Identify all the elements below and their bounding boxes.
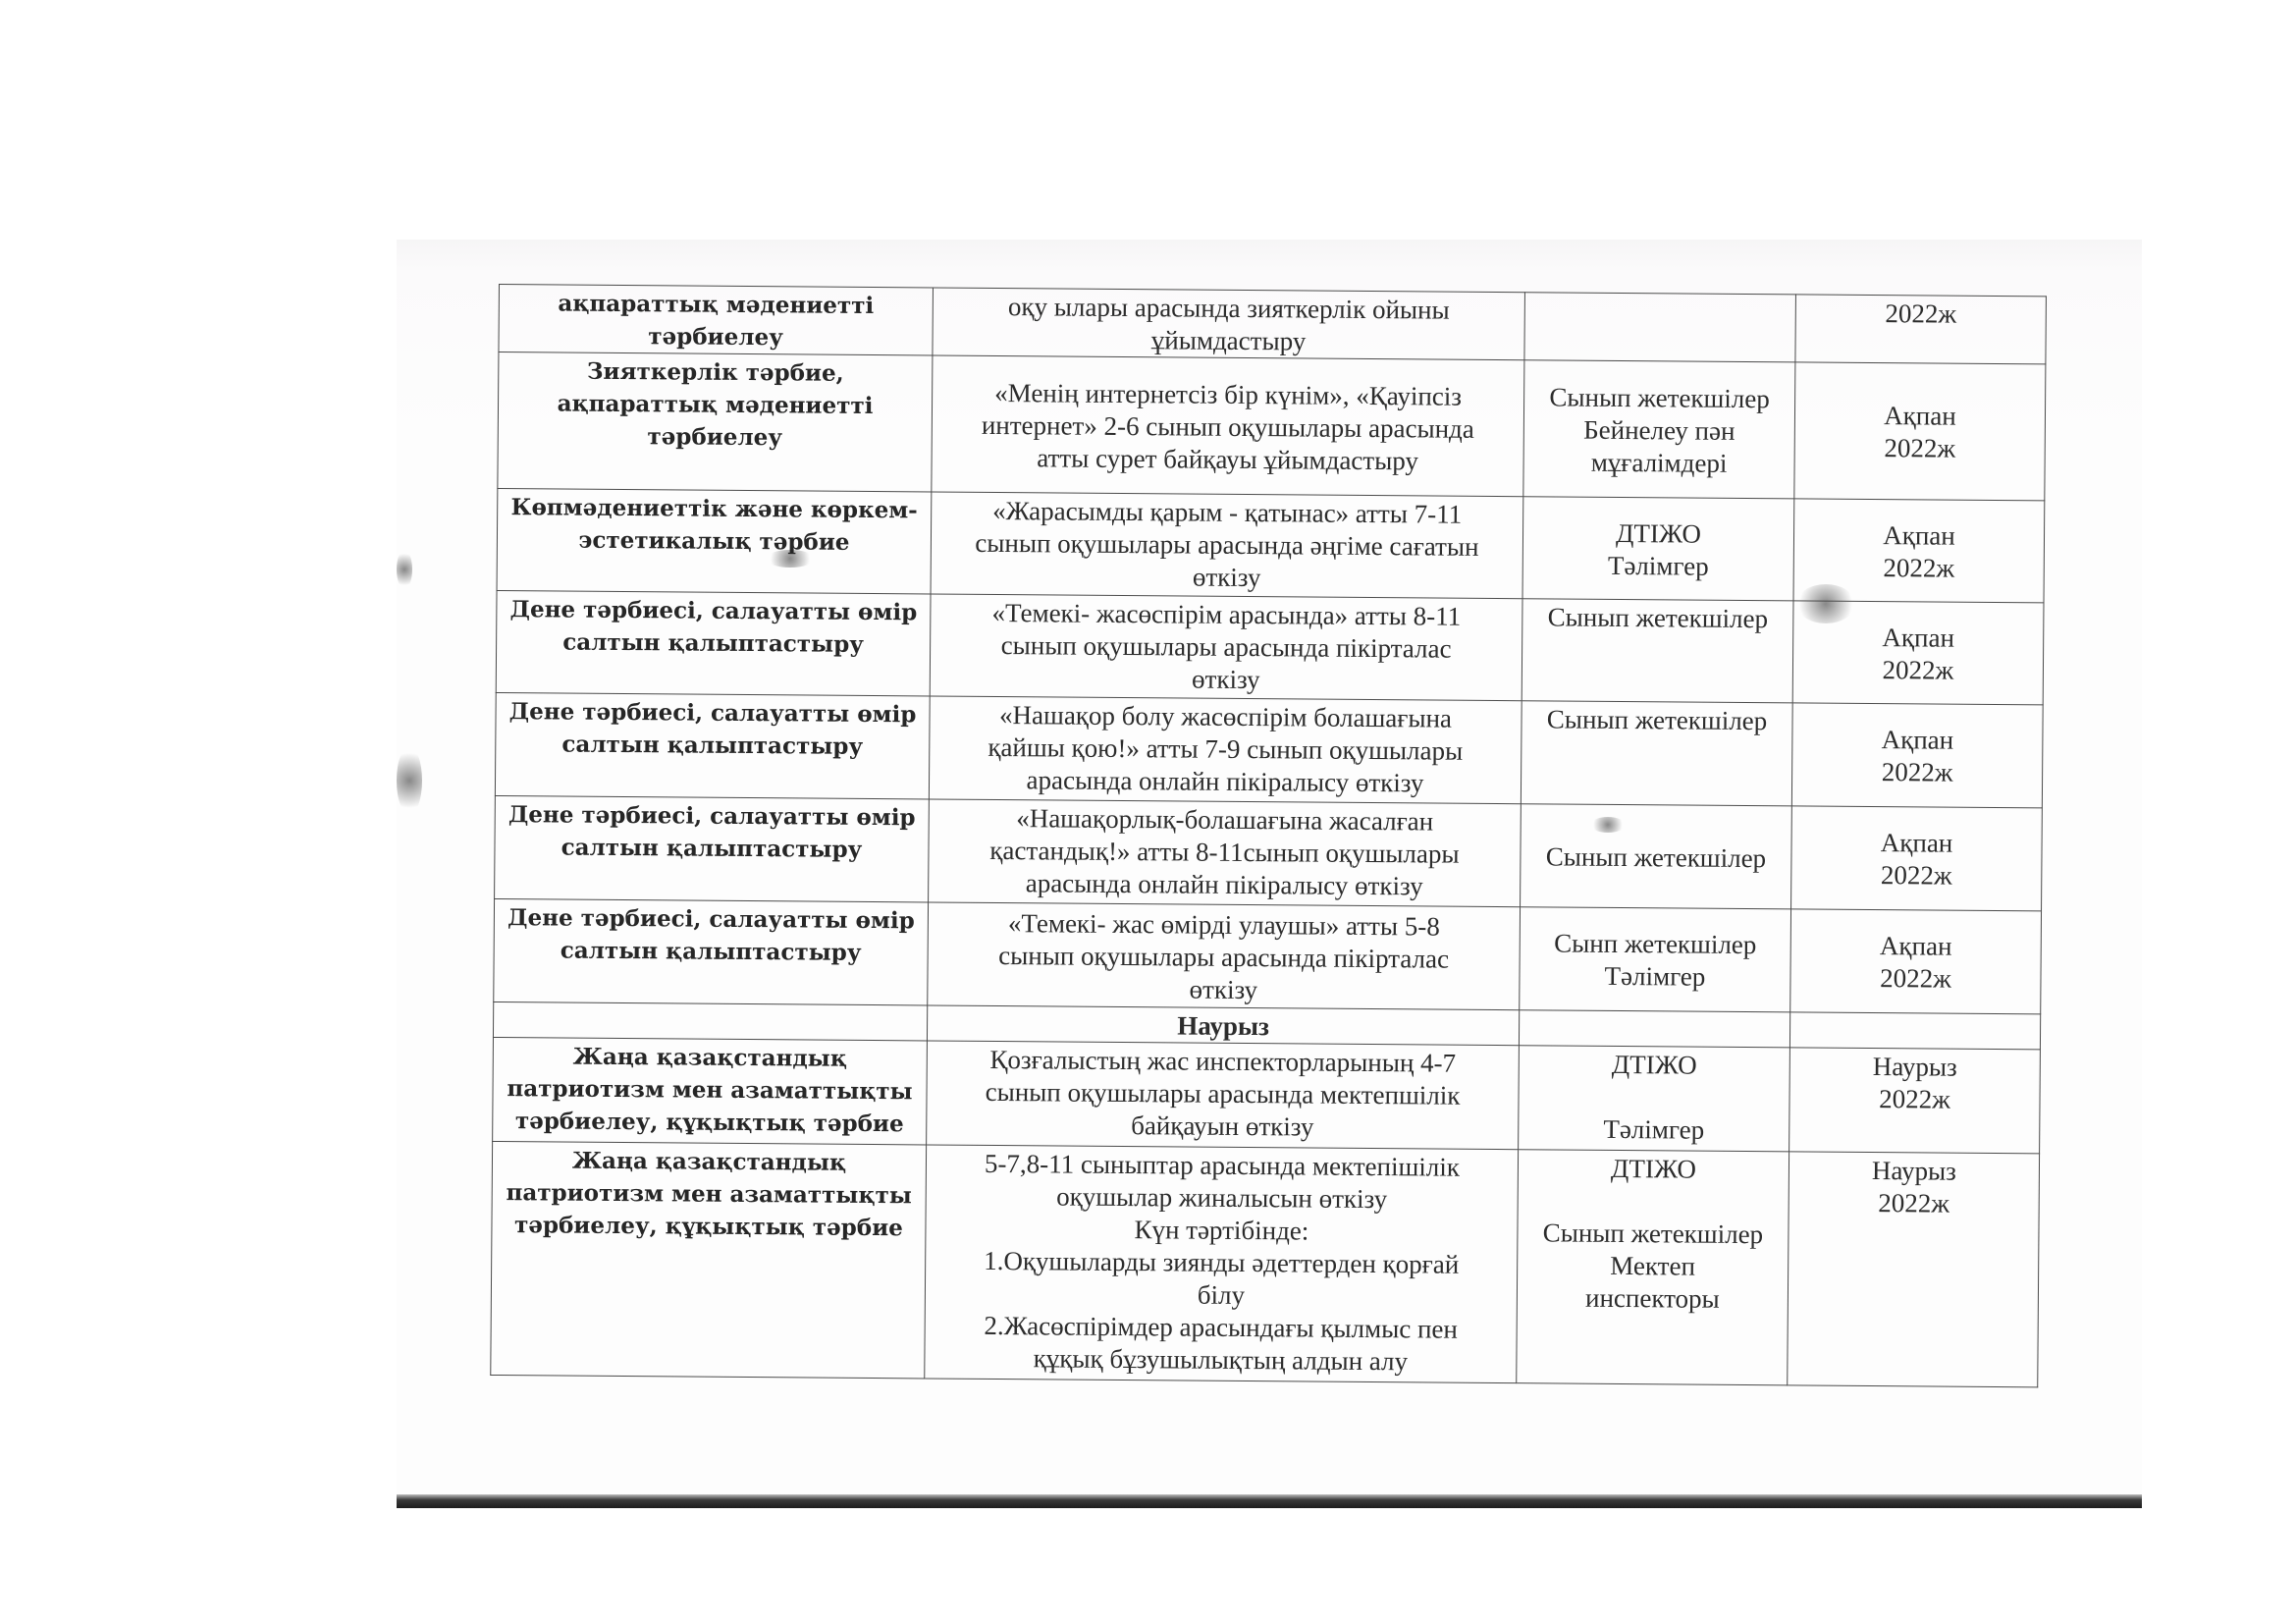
date-cell-line: 2022ж bbox=[1799, 653, 2037, 687]
responsible-cell bbox=[1524, 293, 1796, 362]
scan-smudge bbox=[397, 746, 422, 815]
direction-cell: Дене тәрбиесі, салауатты өмірсалтын қалы… bbox=[496, 590, 931, 695]
date-cell bbox=[1789, 1012, 2040, 1050]
table-row: Зияткерлік тәрбие,ақпараттық мәдениеттіт… bbox=[498, 352, 2046, 501]
responsible-cell: Сынып жетекшілер bbox=[1522, 599, 1793, 703]
direction-cell-line: патриотизм мен азаматтықты bbox=[499, 1072, 920, 1108]
date-cell: Наурыз2022ж bbox=[1789, 1048, 2041, 1154]
direction-cell-line: Жаңа қазақстандық bbox=[499, 1144, 920, 1179]
direction-cell: ақпараттық мәдениеттітәрбиелеу bbox=[499, 285, 934, 355]
event-cell-line: өткізу bbox=[936, 662, 1516, 699]
responsible-cell: Сынып жетекшілерБейнелеу пәнмұғалімдері bbox=[1523, 360, 1795, 499]
responsible-cell-line: Сынп жетекшілер bbox=[1526, 927, 1785, 961]
date-cell: Ақпан2022ж bbox=[1793, 499, 2045, 603]
event-cell-line: атты сурет байқауы ұйымдастыру bbox=[937, 441, 1517, 478]
responsible-cell: ДТІЖО Тәлімгер bbox=[1519, 1046, 1790, 1152]
event-cell-line: «Нашақорлық-болашағына жасалған bbox=[935, 802, 1515, 839]
table-row: Дене тәрбиесі, салауатты өмірсалтын қалы… bbox=[496, 590, 2044, 704]
event-cell-line: сынып оқушылары арасында мектепшілік bbox=[933, 1076, 1512, 1113]
responsible-cell: ДТІЖО Сынып жетекшілерМектепинспекторы bbox=[1517, 1150, 1789, 1385]
month-header: Наурыз bbox=[927, 1005, 1519, 1046]
event-cell-line: «Темекі- жас өмірді улаушы» атты 5-8 bbox=[934, 906, 1514, 944]
direction-cell-line: салтын қалыптастыру bbox=[501, 934, 922, 969]
direction-cell: Зияткерлік тәрбие,ақпараттық мәдениеттіт… bbox=[498, 352, 933, 492]
direction-cell-line: Жаңа қазақстандық bbox=[500, 1040, 921, 1075]
date-cell-line: Ақпан bbox=[1800, 518, 2038, 553]
date-cell-line: Ақпан bbox=[1798, 723, 2036, 757]
event-cell-line: арасында онлайн пікіралысу өткізу bbox=[934, 867, 1514, 904]
date-cell-line: Наурыз bbox=[1796, 1050, 2034, 1084]
responsible-cell-line: Тәлімгер bbox=[1524, 1112, 1783, 1147]
date-cell: Ақпан2022ж bbox=[1791, 703, 2043, 808]
event-cell-line: 2.Жасөспірімдер арасындағы қылмыс пен bbox=[932, 1309, 1511, 1346]
responsible-cell-line: Сынып жетекшілер bbox=[1528, 601, 1787, 635]
date-cell-line: Ақпан bbox=[1797, 929, 2035, 963]
responsible-cell-line: Тәлімгер bbox=[1529, 549, 1788, 583]
direction-cell-line: тәрбиелеу, құқықтық тәрбие bbox=[499, 1105, 920, 1140]
responsible-cell-line bbox=[1524, 1080, 1783, 1114]
event-cell-line: «Нашақор болу жасөспірім болашағына bbox=[935, 699, 1515, 736]
date-cell-line: Наурыз bbox=[1795, 1154, 2033, 1188]
date-cell-line: 2022ж bbox=[1795, 1186, 2033, 1220]
event-cell: «Темекі- жас өмірді улаушы» атты 5-8сыны… bbox=[928, 902, 1521, 1010]
direction-cell-line: эстетикалық тәрбие bbox=[504, 523, 925, 559]
direction-cell-line: Дене тәрбиесі, салауатты өмір bbox=[503, 593, 924, 628]
event-cell-line: «Жарасымды қарым - қатынас» атты 7-11 bbox=[937, 495, 1517, 532]
responsible-cell-line: Сынып жетекшілер bbox=[1526, 840, 1785, 875]
direction-cell-line: Дене тәрбиесі, салауатты өмір bbox=[501, 901, 922, 937]
table-body: ақпараттық мәдениеттітәрбиелеуоқу ылары … bbox=[491, 285, 2047, 1387]
date-cell-line: 2022ж bbox=[1796, 961, 2034, 996]
event-cell-line: «Темекі- жасөспірім арасында» атты 8-11 bbox=[936, 597, 1516, 634]
date-cell: Наурыз2022ж bbox=[1788, 1152, 2040, 1387]
date-cell-line: Ақпан bbox=[1797, 826, 2035, 860]
event-cell-line: қайшы қою!» атты 7-9 сынып оқушылары bbox=[935, 731, 1515, 769]
responsible-cell-line: инспекторы bbox=[1523, 1281, 1782, 1316]
event-cell-line: оқушылар жиналысын өткізу bbox=[933, 1179, 1512, 1217]
direction-cell-line: тәрбиелеу bbox=[505, 419, 926, 455]
event-cell: «Нашақорлық-болашағына жасалғанқастандық… bbox=[929, 799, 1522, 907]
event-cell: оқу ылары арасында зияткерлік ойыныұйымд… bbox=[933, 288, 1525, 360]
direction-cell: Жаңа қазақстандықпатриотизм мен азаматты… bbox=[493, 1037, 928, 1144]
direction-cell-line: Көпмәдениеттік және көркем- bbox=[504, 491, 925, 526]
responsible-cell bbox=[1519, 1010, 1789, 1048]
event-cell-line: құқық бұзушылықтың алдын алу bbox=[931, 1341, 1510, 1379]
responsible-cell: Сынып жетекшілер bbox=[1521, 701, 1792, 806]
date-cell: Ақпан2022ж bbox=[1791, 806, 2043, 911]
date-cell-line: 2022ж bbox=[1797, 858, 2035, 893]
table-row: Дене тәрбиесі, салауатты өмірсалтын қалы… bbox=[494, 898, 2042, 1013]
event-cell-line: байқауын өткізу bbox=[933, 1109, 1512, 1146]
responsible-cell-line: Бейнелеу пән bbox=[1530, 413, 1789, 448]
direction-cell-line: Дене тәрбиесі, салауатты өмір bbox=[502, 798, 923, 834]
direction-cell: Дене тәрбиесі, салауатты өмірсалтын қалы… bbox=[494, 898, 929, 1004]
date-cell-line: Ақпан bbox=[1799, 621, 2037, 655]
event-cell-line: арасында онлайн пікіралысу өткізу bbox=[935, 764, 1515, 801]
event-cell-line: сынып оқушылары арасында пікірталас bbox=[936, 629, 1516, 667]
table-row: Дене тәрбиесі, салауатты өмірсалтын қалы… bbox=[495, 692, 2043, 807]
event-cell: Қозғалыстың жас инспекторларының 4-7сыны… bbox=[927, 1041, 1520, 1150]
table-row: Дене тәрбиесі, салауатты өмірсалтын қалы… bbox=[495, 795, 2043, 910]
direction-cell: Дене тәрбиесі, салауатты өмірсалтын қалы… bbox=[495, 692, 930, 798]
direction-cell: Дене тәрбиесі, салауатты өмірсалтын қалы… bbox=[495, 795, 930, 901]
date-cell-line: 2022ж bbox=[1802, 297, 2040, 331]
responsible-cell-line: Сынып жетекшілер bbox=[1527, 703, 1786, 737]
activity-plan-table: ақпараттық мәдениеттітәрбиелеуоқу ылары … bbox=[490, 284, 2047, 1387]
event-cell-line: сынып оқушылары арасында пікірталас bbox=[934, 939, 1514, 976]
event-cell-line: 5-7,8-11 сыныптар арасында мектепішілік bbox=[933, 1147, 1512, 1184]
responsible-cell-line: ДТІЖО bbox=[1525, 1048, 1784, 1082]
direction-cell-line: Зияткерлік тәрбие, bbox=[505, 354, 926, 390]
event-cell-line: Күн тәртібінде: bbox=[932, 1212, 1511, 1249]
event-cell-line: интернет» 2-6 сынып оқушылары арасында bbox=[938, 408, 1518, 446]
responsible-cell-line: ДТІЖО bbox=[1524, 1152, 1783, 1186]
direction-cell-line: патриотизм мен азаматтықты bbox=[499, 1176, 920, 1212]
event-cell: 5-7,8-11 сыныптар арасында мектепішіліко… bbox=[925, 1145, 1519, 1383]
responsible-cell-line: мұғалімдері bbox=[1529, 446, 1788, 480]
date-cell-line: 2022ж bbox=[1801, 431, 2039, 465]
responsible-cell-line: Тәлімгер bbox=[1525, 959, 1784, 994]
responsible-cell-line: Сынып жетекшілер bbox=[1530, 381, 1789, 415]
scan-smudge bbox=[397, 550, 412, 589]
direction-cell: Жаңа қазақстандықпатриотизм мен азаматты… bbox=[491, 1141, 927, 1378]
date-cell: Ақпан2022ж bbox=[1790, 909, 2042, 1014]
direction-cell-line: ақпараттық мәдениетті bbox=[506, 287, 927, 322]
date-cell: 2022ж bbox=[1795, 295, 2047, 364]
event-cell-line: сынып оқушылары арасында әңгіме сағатын bbox=[937, 527, 1517, 565]
scan-edge-strip bbox=[397, 1494, 2142, 1508]
direction-cell-line: салтын қалыптастыру bbox=[502, 728, 923, 763]
table-row: Жаңа қазақстандықпатриотизм мен азаматты… bbox=[493, 1037, 2041, 1153]
date-cell: Ақпан2022ж bbox=[1792, 601, 2044, 705]
table-row: Көпмәдениеттік және көркем-эстетикалық т… bbox=[497, 488, 2045, 602]
responsible-cell: Сынп жетекшілерТәлімгер bbox=[1520, 907, 1791, 1012]
event-cell-line: өткізу bbox=[937, 560, 1517, 597]
direction-cell-line: салтын қалыптастыру bbox=[503, 625, 924, 661]
responsible-cell-line: Сынып жетекшілер bbox=[1523, 1217, 1782, 1251]
responsible-cell: ДТІЖОТәлімгер bbox=[1522, 497, 1794, 601]
responsible-cell-line: Мектеп bbox=[1523, 1249, 1782, 1283]
direction-cell bbox=[493, 1001, 927, 1040]
date-cell-line: Ақпан bbox=[1801, 399, 2039, 433]
event-cell-line: өткізу bbox=[934, 971, 1513, 1008]
direction-cell-line: салтын қалыптастыру bbox=[501, 831, 922, 866]
date-cell-line: 2022ж bbox=[1798, 755, 2036, 789]
event-cell: «Менің интернетсіз бір күнім», «Қауіпсіз… bbox=[932, 355, 1524, 497]
table-row: ақпараттық мәдениеттітәрбиелеуоқу ылары … bbox=[499, 285, 2046, 364]
direction-cell-line: тәрбиелеу bbox=[505, 319, 926, 354]
event-cell: «Жарасымды қарым - қатынас» атты 7-11сын… bbox=[931, 492, 1523, 599]
event-cell-line: «Менің интернетсіз бір күнім», «Қауіпсіз bbox=[938, 376, 1518, 413]
event-cell: «Нашақор болу жасөспірім болашағынақайшы… bbox=[929, 696, 1522, 804]
direction-cell-line: Дене тәрбиесі, салауатты өмір bbox=[502, 695, 923, 731]
direction-cell: Көпмәдениеттік және көркем-эстетикалық т… bbox=[497, 488, 932, 593]
event-cell-line: қастандық!» атты 8-11сынып оқушылары bbox=[934, 835, 1514, 872]
direction-cell-line: ақпараттық мәдениетті bbox=[505, 387, 926, 422]
date-cell-line: 2022ж bbox=[1795, 1082, 2033, 1116]
table-row: Жаңа қазақстандықпатриотизм мен азаматты… bbox=[491, 1141, 2040, 1386]
date-cell-line: 2022ж bbox=[1800, 551, 2038, 585]
responsible-cell-line: ДТІЖО bbox=[1529, 516, 1788, 551]
event-cell-line: білу bbox=[932, 1276, 1511, 1314]
event-cell-line: 1.Оқушыларды зиянды әдеттерден қорғай bbox=[932, 1244, 1511, 1281]
event-cell-line: оқу ылары арасында зияткерлік ойыны bbox=[939, 291, 1519, 328]
event-cell-line: ұйымдастыру bbox=[938, 323, 1518, 360]
responsible-cell-line bbox=[1524, 1184, 1783, 1218]
direction-cell-line: тәрбиелеу, құқықтық тәрбие bbox=[498, 1209, 919, 1244]
date-cell: Ақпан2022ж bbox=[1794, 362, 2046, 501]
event-cell-line: Қозғалыстың жас инспекторларының 4-7 bbox=[934, 1044, 1513, 1081]
responsible-cell: Сынып жетекшілер bbox=[1521, 804, 1792, 909]
event-cell: «Темекі- жасөспірім арасында» атты 8-11с… bbox=[930, 594, 1522, 701]
